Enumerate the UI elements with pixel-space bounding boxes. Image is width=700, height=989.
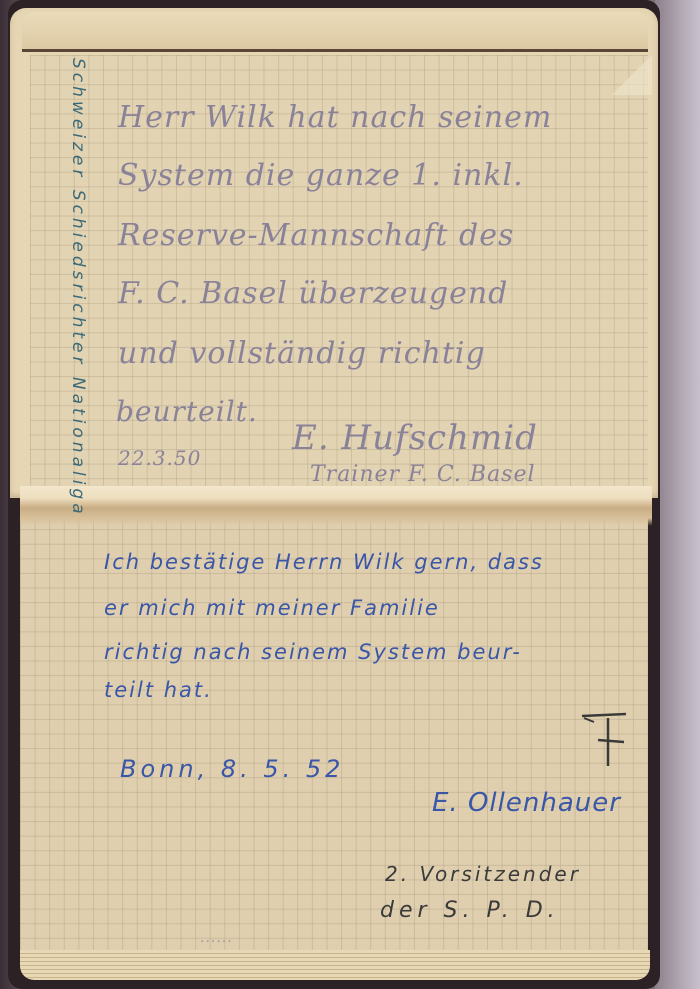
ink-line-3: richtig nach seinem System beur-	[104, 640, 522, 664]
margin-note: Schweizer Schiedsrichter Nationaliga	[68, 58, 88, 518]
signature-top: E. Hufschmid	[292, 418, 538, 458]
pencil-line-4: F. C. Basel überzeugend	[118, 276, 508, 311]
signature-bottom: E. Ollenhauer	[432, 788, 621, 818]
signature-title-line-1: 2. Vorsitzender	[385, 862, 581, 886]
page-fold	[20, 486, 652, 526]
f-mark-icon	[580, 710, 630, 770]
place-date: Bonn, 8. 5. 52	[120, 755, 344, 783]
signature-title-line-2: der S. P. D.	[380, 898, 560, 923]
page-corner-wear	[612, 55, 652, 95]
faint-text: ......	[200, 930, 233, 946]
signature-title-top: Trainer F. C. Basel	[310, 462, 536, 487]
ink-line-4: teilt hat.	[104, 678, 213, 702]
pencil-line-1: Herr Wilk hat nach seinem	[118, 100, 552, 135]
ink-line-2: er mich mit meiner Familie	[104, 596, 440, 620]
top-page-edge	[22, 12, 648, 52]
ink-line-1: Ich bestätige Herrn Wilk gern, dass	[104, 550, 544, 574]
background-right	[655, 0, 700, 989]
pencil-line-2: System die ganze 1. inkl.	[118, 158, 524, 193]
date-top: 22.3.50	[118, 446, 201, 470]
page-stack-edge	[20, 950, 650, 980]
pencil-line-5: und vollständig richtig	[118, 336, 486, 371]
pencil-line-3: Reserve-Mannschaft des	[118, 218, 514, 253]
pencil-line-6: beurteilt.	[116, 395, 258, 428]
